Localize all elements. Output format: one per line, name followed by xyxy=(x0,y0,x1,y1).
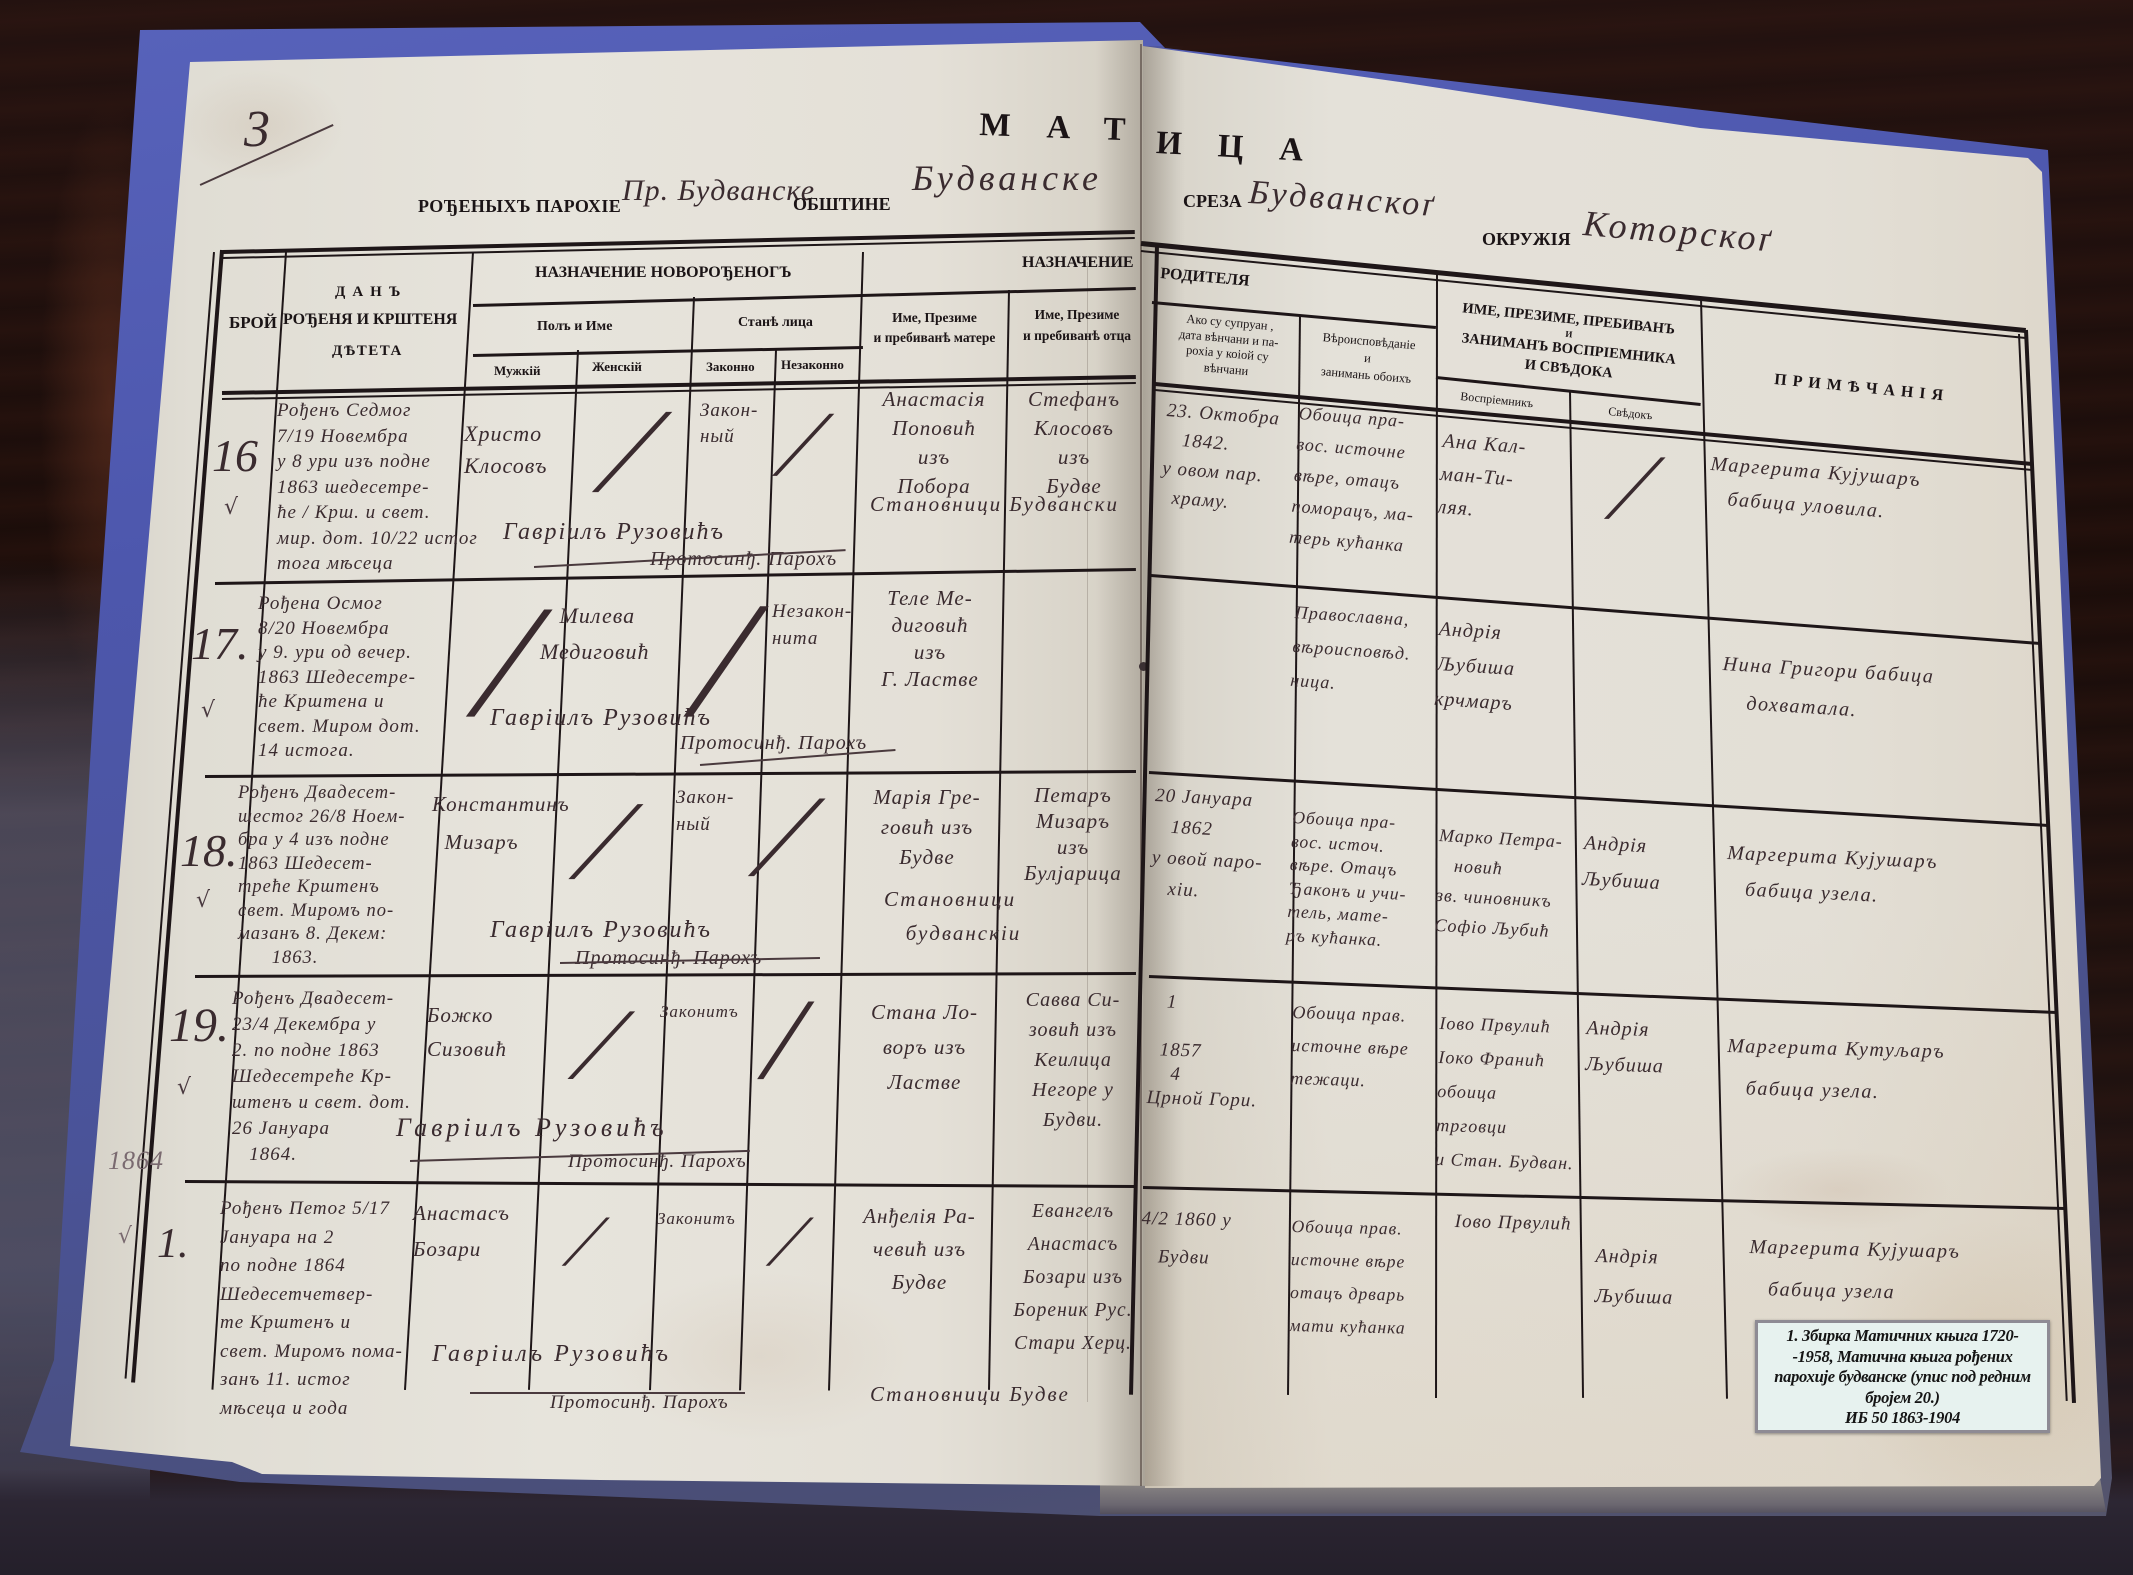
header-father: Име, Презиме и пребиванѣ отца xyxy=(1012,304,1142,346)
header-newborn-group: НАЗНАЧЕНИЕ НОВОРОЂЕНОГЪ xyxy=(535,265,792,281)
mother-name: Стана Ло- воръ изъ Ластвe xyxy=(852,995,997,1100)
remarks: Маргерита Кујушаръ бабица узела. xyxy=(1725,835,1939,916)
religion-occupation: Обоица прав. источне вѣре тежаци. xyxy=(1290,996,1410,1099)
header-number: БРОЙ xyxy=(229,314,277,331)
godparent-name: Марко Петра- новић зв. чиновникъ Софіо Љ… xyxy=(1434,820,1564,946)
marriage-info: 1 1857 4 Црной Гори. xyxy=(1146,990,1260,1113)
header-birth-day-2: РОЂЕНЯ И КРШТЕНЯ xyxy=(283,312,457,328)
header-religion: Вѣроисповѣданіе и занимань обоихъ xyxy=(1306,328,1430,389)
father-name: Савва Си- зовић изъ Кеилица Негоре у Буд… xyxy=(1008,985,1138,1135)
header-female: Женскій xyxy=(592,360,642,373)
religion-occupation: Православна, вѣроисповѣд. ница. xyxy=(1289,595,1414,705)
birth-baptism-date: Рођена Осмог 8/20 Новембра у 9. ури од в… xyxy=(258,592,421,764)
marriage-info: 4/2 1860 у Будви xyxy=(1140,1200,1232,1278)
header-parents-group-left: НАЗНАЧЕНИЕ xyxy=(1022,255,1134,271)
mother-name: Анђелія Ра- чевић изъ Будве xyxy=(842,1200,997,1299)
page-number: 3 xyxy=(244,104,271,156)
entry-number: 17. xyxy=(191,621,249,667)
marriage-info: 23. Октобра 1842. у овом пар. храму. xyxy=(1159,396,1281,520)
birth-baptism-date: Рођенъ Петог 5/17 Јануара на 2 по подне … xyxy=(220,1195,403,1423)
religion-occupation: Обоица пра- вос. источне вѣре, отацъ пом… xyxy=(1288,398,1422,562)
male-child-name: Анастасъ Бозари xyxy=(413,1195,510,1267)
priest-signature: Гавріилъ Рузовићъ xyxy=(503,520,725,544)
father-name: Петаръ Мизаръ изъ Булјарица xyxy=(1008,782,1138,886)
priest-signature: Гавріилъ Рузовићъ xyxy=(396,1115,668,1141)
godparent-name: Іово Првулић Іоко Франић обоица трговци … xyxy=(1435,1006,1579,1180)
entry-number: 19. xyxy=(169,1002,229,1050)
header-illegitimate: Незаконно xyxy=(781,358,844,371)
mother-name: Анастасія Поповић изъ Побора xyxy=(860,385,1008,501)
legitimate-mark: Закон- ный xyxy=(700,398,758,450)
religion-occupation: Обоица прав. источне вѣре отацъ дрварь м… xyxy=(1289,1210,1408,1345)
verified-checkmark: √ xyxy=(118,1226,133,1248)
county-label: ОКРУЖІЯ xyxy=(1482,230,1571,248)
father-name: Стефанъ Клосовъ изъ Будве xyxy=(1010,385,1138,501)
male-child-name: Константинъ Мизаръ xyxy=(432,785,570,861)
header-mother: Име, Презиме и пребиванѣ матере xyxy=(862,308,1007,348)
parents-residence: Становници Будвански xyxy=(870,494,1119,515)
godparent-name: Ана Кал- ман-Ти- ляя. xyxy=(1436,425,1527,530)
signature-flourish xyxy=(470,1392,745,1394)
title-left-half: МАТ xyxy=(979,109,1162,148)
father-name: Евангелъ Анастасъ Бозари изъ Бореник Рус… xyxy=(1008,1195,1138,1360)
mother-name: Марія Гре- говић изъ Будве xyxy=(852,782,1002,872)
godparent-name: Іово Првулић xyxy=(1455,1212,1572,1234)
witness-name: Андрія Љубиша xyxy=(1585,1010,1666,1084)
entry-number: 16 xyxy=(212,433,258,479)
priest-signature: Гавріилъ Рузовићъ xyxy=(490,706,712,730)
entry-number: 1. xyxy=(157,1223,189,1265)
verified-checkmark: √ xyxy=(224,497,239,519)
municipality-label: ОБШТИНЕ xyxy=(793,195,891,213)
header-marriage: Ако су супруан , дата вѣнчани и па- рохі… xyxy=(1163,310,1294,383)
verified-checkmark: √ xyxy=(177,1077,192,1099)
male-child-name: Божко Сизовић xyxy=(427,998,507,1066)
verified-checkmark: √ xyxy=(201,700,216,722)
remarks: Маргерита Кујушаръ бабица узела xyxy=(1748,1226,1961,1315)
header-status: Станѣ лица xyxy=(738,316,813,330)
remarks: Маргерита Кутуљаръ бабица узела. xyxy=(1726,1025,1946,1115)
remarks: Нина Григори бабица дохватала. xyxy=(1719,645,1935,734)
parents-residence: Становници Будве xyxy=(870,1384,1070,1405)
municipality-value: Будванске xyxy=(912,160,1102,196)
header-legitimate: Законно xyxy=(706,360,755,373)
witness-name: Андрія Љубиша xyxy=(1581,825,1663,901)
illegitimate-mark: Незакон- нита xyxy=(772,598,852,652)
birth-baptism-date: Рођенъ Двадесет- шестог 26/8 Ноем- бра у… xyxy=(238,782,405,970)
marriage-info: 20 Јануара 1862 у овой паро- хіи. xyxy=(1150,780,1267,910)
witness-name: Андрія Љубиша xyxy=(1594,1236,1674,1318)
mother-name: Теле Ме- диговић изъ Г. Ластве xyxy=(855,585,1005,693)
birth-baptism-date: Рођенъ Двадесет- 23/4 Декембра у 2. по п… xyxy=(232,986,411,1168)
verified-checkmark: √ xyxy=(196,890,211,912)
header-birth-day-3: ДѢТЕТА xyxy=(332,344,403,359)
legitimate-mark: Законитъ xyxy=(660,1003,739,1020)
birth-baptism-date: Рођенъ Седмог 7/19 Новембра у 8 ури изъ … xyxy=(277,398,478,577)
museum-exhibit-label: 1. Збирка Матичних књига 1720- -1958, Ма… xyxy=(1755,1320,2050,1433)
parish-value: Пр. Будванске xyxy=(622,176,815,206)
header-male: Мужкій xyxy=(494,364,540,377)
births-parish-label: РОЂЕНЫХЪ ПАРОХІЕ xyxy=(418,197,621,215)
entry-number: 18. xyxy=(180,828,238,874)
legitimate-mark: Законитъ xyxy=(657,1210,736,1227)
district-label: СРЕЗА xyxy=(1183,192,1242,210)
museum-label-text: 1. Збирка Матичних књига 1720- -1958, Ма… xyxy=(1758,1326,2047,1429)
priest-signature: Гавріилъ Рузовићъ xyxy=(490,918,712,942)
godparent-name: Андрія Љубиша крчмаръ xyxy=(1433,612,1519,722)
male-child-name: Христо Клосовъ xyxy=(464,418,547,482)
header-birth-day-1: ДАНЪ xyxy=(335,285,407,300)
religion-occupation: Обоица пра- вос. источ. вѣре. Отацъ Ђако… xyxy=(1286,806,1411,953)
header-sex-name: Полъ и Име xyxy=(537,320,612,334)
female-child-name: Милева Медиговић xyxy=(540,598,650,670)
margin-year-note: 1864 xyxy=(108,1148,164,1174)
priest-title: Протосинђ. Парохъ xyxy=(680,733,867,753)
priest-title: Протосинђ. Парохъ xyxy=(550,1393,729,1412)
priest-signature: Гавріилъ Рузовићъ xyxy=(432,1342,671,1366)
parents-residence: Становници будванскіи xyxy=(884,882,1021,950)
legitimate-mark: Закон- ный xyxy=(676,784,734,838)
